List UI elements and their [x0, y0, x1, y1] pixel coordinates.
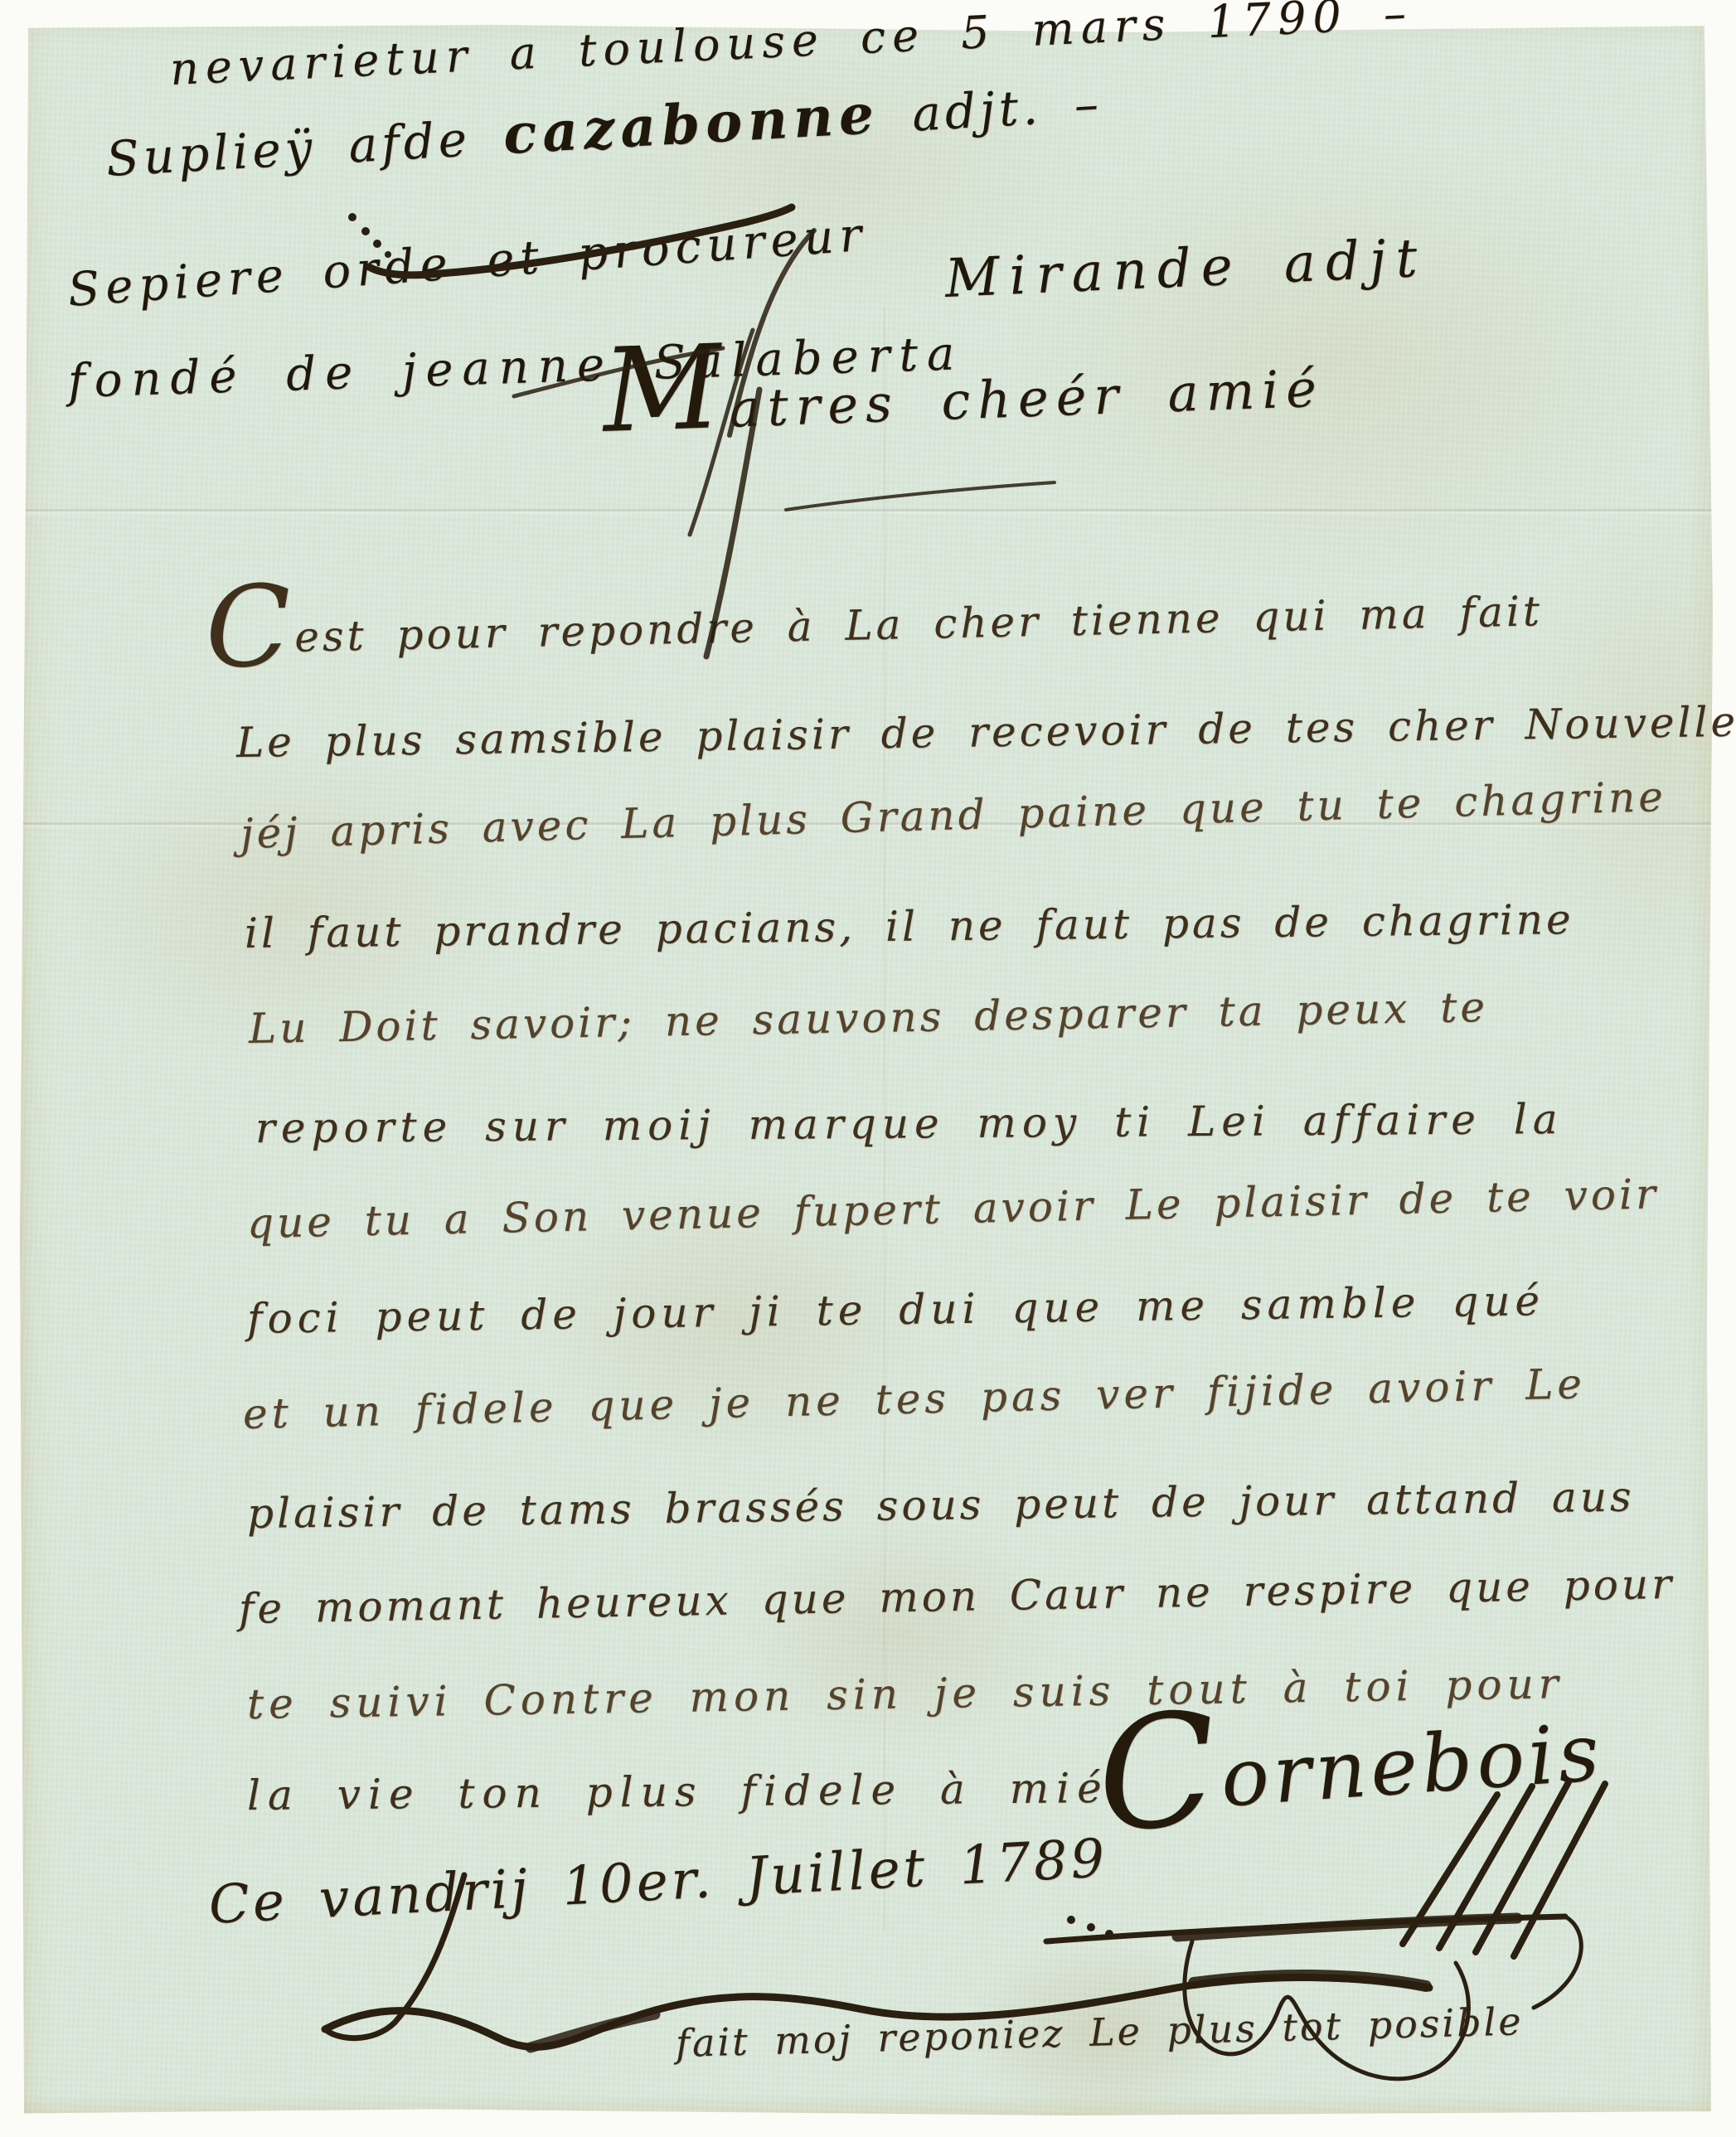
scanned-letter: nevarietur a toulouse ce 5 mars 1790 – S… [0, 0, 1736, 2137]
body-line: la vie ton plus fidele à mié [247, 1764, 1109, 1820]
fold-crease-horizontal-1 [20, 509, 1713, 511]
body-line: reporte sur moij marque moy ti Lei affai… [255, 1095, 1564, 1152]
annotation-line-2-suffix: adjt. – [910, 75, 1103, 143]
